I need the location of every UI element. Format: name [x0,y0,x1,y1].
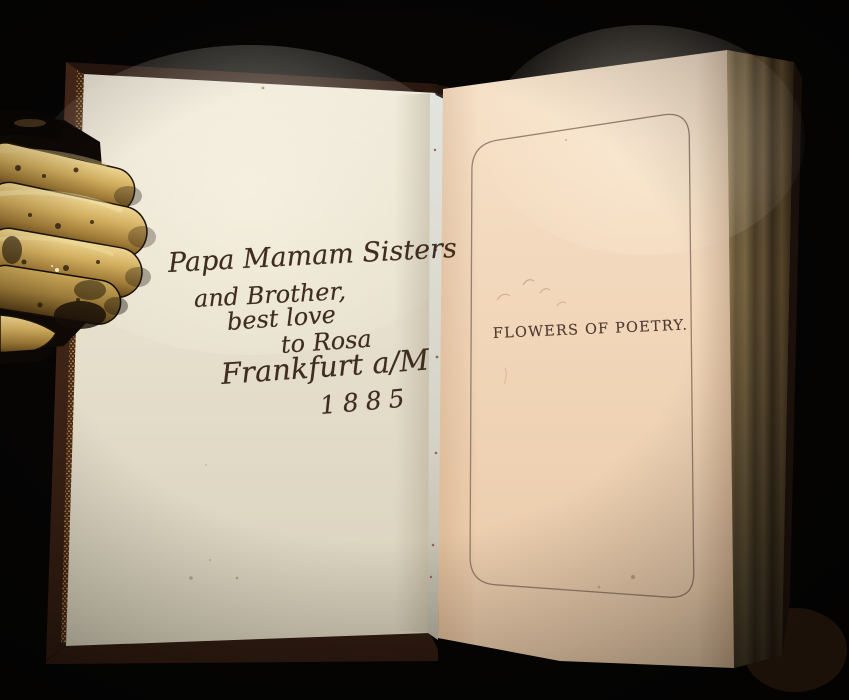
book-artwork [0,0,849,700]
left-page [20,45,480,646]
photo-scene: Papa Mamam Sisters and Brother, best lov… [0,0,849,700]
